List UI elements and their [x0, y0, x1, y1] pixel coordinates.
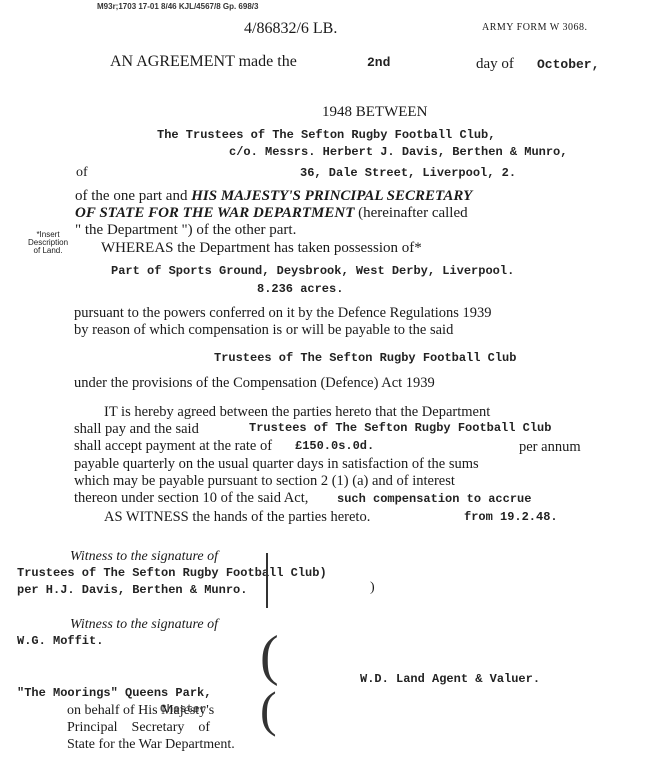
compensation-payee: Trustees of The Sefton Rugby Football Cl…: [214, 351, 516, 365]
hereinafter-text: (hereinafter called: [354, 205, 467, 221]
reference-number: 4/86832/6 LB.: [244, 20, 337, 38]
party-one-care-of: c/o. Messrs. Herbert J. Davis, Berthen &…: [229, 145, 567, 159]
agreement-day: 2nd: [367, 55, 390, 70]
margin-note-line: of Land.: [28, 247, 68, 255]
pursuant-line3: under the provisions of the Compensation…: [74, 375, 435, 392]
agreed-line3: shall accept payment at the rate of: [74, 438, 272, 455]
witness-label-1: Witness to the signature of: [70, 549, 218, 565]
payment-rate: £150.0s.0d.: [295, 439, 374, 453]
agreed-line2: shall pay and the said: [74, 421, 199, 438]
pursuant-line2: by reason of which compensation is or wi…: [74, 322, 453, 339]
of-label: of: [76, 165, 88, 181]
party-one-name: The Trustees of The Sefton Rugby Footbal…: [157, 128, 495, 142]
as-witness-line: AS WITNESS the hands of the parties here…: [104, 509, 370, 526]
print-code: M93r;1703 17-01 8/46 KJL/4567/8 Gp. 698/…: [97, 2, 258, 11]
party-clause-line3: " the Department ") of the other part.: [75, 222, 296, 239]
behalf-overtype: Chester: [160, 704, 206, 716]
signature-paren: ): [370, 580, 375, 596]
agreed-payee: Trustees of The Sefton Rugby Football Cl…: [249, 421, 551, 435]
agreement-month: October,: [537, 57, 599, 72]
party-one-agent: per H.J. Davis, Berthen & Munro.: [17, 583, 247, 597]
agreed-line2-text: shall pay and the said: [74, 421, 199, 437]
war-department-title: OF STATE FOR THE WAR DEPARTMENT: [75, 205, 354, 221]
per-annum-label: per annum: [519, 439, 581, 456]
witness-name: W.G. Moffit.: [17, 634, 103, 648]
witness-address: "The Moorings" Queens Park,: [17, 686, 211, 700]
secretary-of-state-title: HIS MAJESTY'S PRINCIPAL SECRETARY: [191, 188, 472, 204]
party-one-address: 36, Dale Street, Liverpool, 2.: [300, 166, 516, 180]
party-clause-line1: of the one part and HIS MAJESTY'S PRINCI…: [75, 188, 472, 205]
signature-brace-lower: (: [260, 684, 277, 734]
agreed-line5: which may be payable pursuant to section…: [74, 473, 455, 490]
accrual-date: from 19.2.48.: [464, 510, 558, 524]
party-clause-line2: OF STATE FOR THE WAR DEPARTMENT (hereina…: [75, 205, 468, 222]
party-one-signatory: Trustees of The Sefton Rugby Football Cl…: [17, 566, 327, 580]
behalf-line2: Principal Secretary of: [67, 720, 210, 736]
agreed-line1: IT is hereby agreed between the parties …: [104, 404, 490, 421]
behalf-line3: State for the War Department.: [67, 737, 235, 753]
day-of-label: day of: [476, 56, 514, 73]
agreement-year: 1948 BETWEEN: [322, 104, 427, 121]
signature-bracket-line: [266, 553, 268, 608]
agreed-line4: payable quarterly on the usual quarter d…: [74, 456, 479, 473]
pursuant-line1: pursuant to the powers conferred on it b…: [74, 305, 492, 322]
form-number: ARMY FORM W 3068.: [482, 22, 588, 33]
signature-brace-upper: (: [260, 628, 279, 684]
party-clause-plain: of the one part and: [75, 188, 191, 204]
land-description: Part of Sports Ground, Deysbrook, West D…: [111, 264, 514, 278]
agreed-line6: thereon under section 10 of the said Act…: [74, 490, 308, 507]
agreement-intro: AN AGREEMENT made the: [110, 53, 297, 71]
whereas-clause: WHEREAS the Department has taken possess…: [101, 240, 422, 257]
margin-note: *Insert Description of Land.: [28, 231, 68, 255]
accrual-clause: such compensation to accrue: [337, 492, 531, 506]
land-agent-title: W.D. Land Agent & Valuer.: [360, 672, 540, 686]
land-acreage: 8.236 acres.: [257, 282, 343, 296]
witness-label-2: Witness to the signature of: [70, 617, 218, 633]
